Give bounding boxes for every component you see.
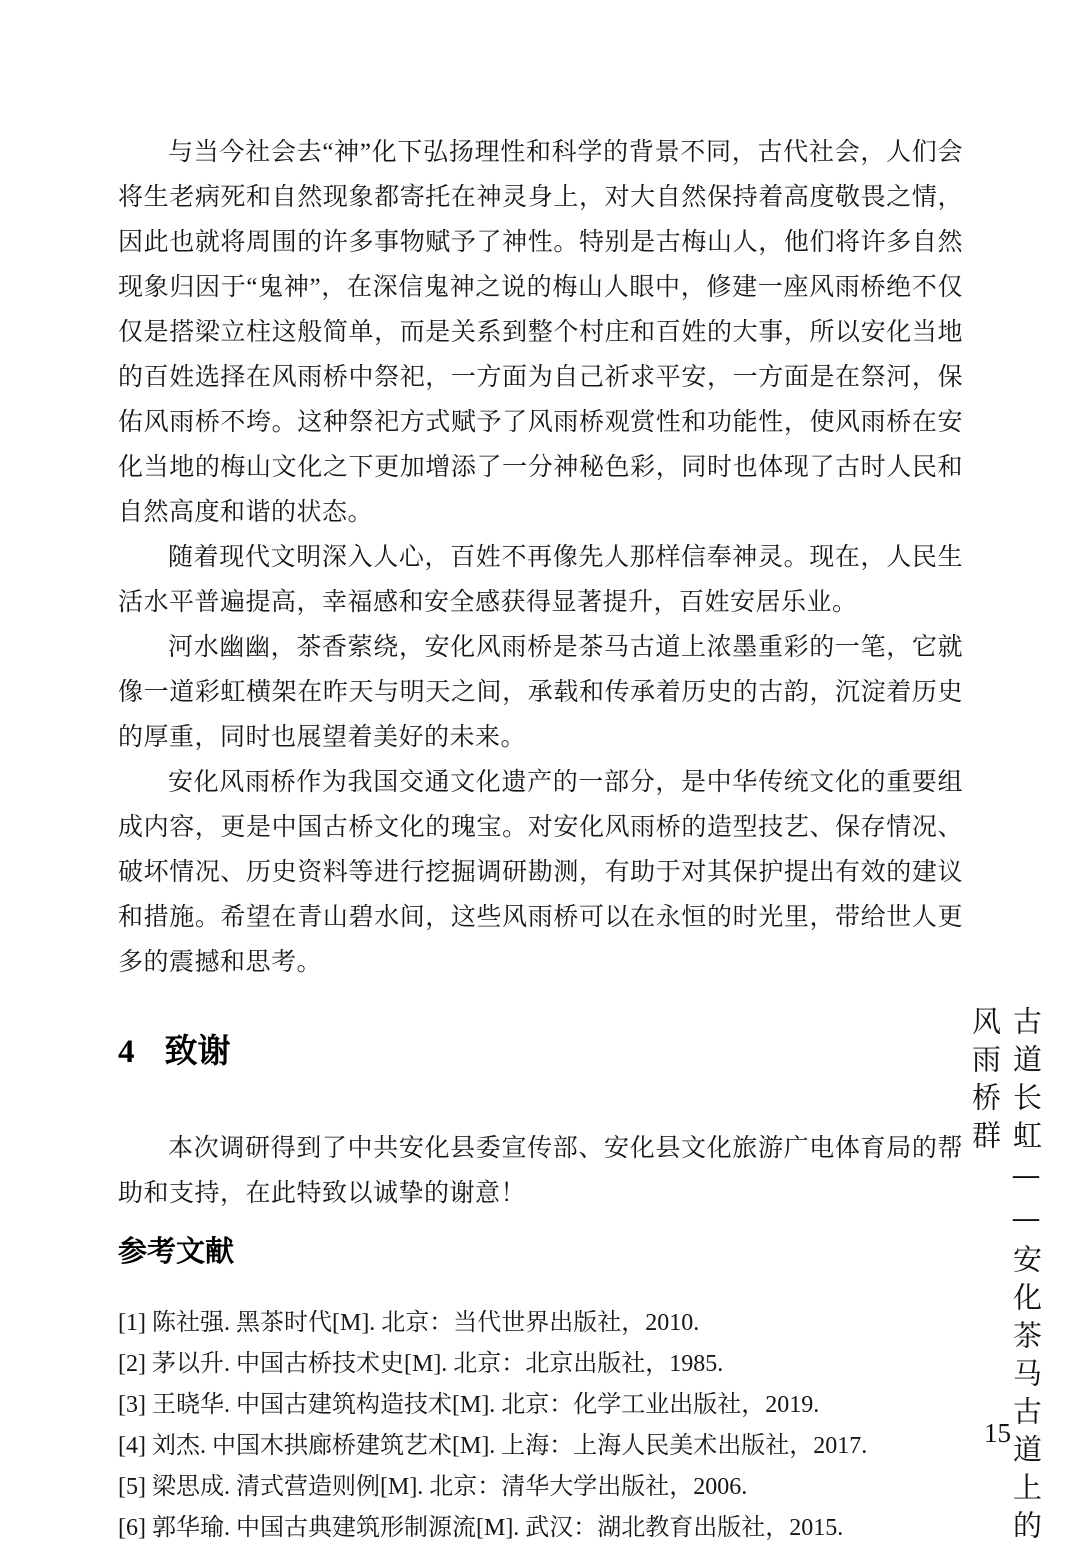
reference-item: [6] 郭华瑜. 中国古典建筑形制源流[M]. 武汉：湖北教育出版社，2015.: [118, 1508, 963, 1549]
body-paragraph: 随着现代文明深入人心，百姓不再像先人那样信奉神灵。现在，人民生活水平普遍提高，幸…: [118, 535, 963, 625]
body-paragraph: 安化风雨桥作为我国交通文化遗产的一部分，是中华传统文化的重要组成内容，更是中国古…: [118, 760, 963, 985]
references-list: [1] 陈社强. 黑茶时代[M]. 北京：当代世界出版社，2010. [2] 茅…: [118, 1303, 963, 1549]
references-heading: 参考文献: [118, 1230, 963, 1274]
section-heading-acknowledgements: 4致谢: [118, 1027, 963, 1076]
reference-item: [1] 陈社强. 黑茶时代[M]. 北京：当代世界出版社，2010.: [118, 1303, 963, 1344]
section-number: 4: [118, 1034, 135, 1070]
reference-item: [2] 茅以升. 中国古桥技术史[M]. 北京：北京出版社，1985.: [118, 1344, 963, 1385]
section-title: 致谢: [165, 1032, 231, 1069]
main-text-column: 与当今社会去“神”化下弘扬理性和科学的背景不同，古代社会，人们会将生老病死和自然…: [118, 130, 963, 1549]
body-paragraph: 与当今社会去“神”化下弘扬理性和科学的背景不同，古代社会，人们会将生老病死和自然…: [118, 130, 963, 535]
reference-item: [3] 王晓华. 中国古建筑构造技术[M]. 北京：化学工业出版社，2019.: [118, 1385, 963, 1426]
document-page: 与当今社会去“神”化下弘扬理性和科学的背景不同，古代社会，人们会将生老病死和自然…: [0, 0, 1080, 1559]
page-number: 15: [984, 1418, 1011, 1449]
acknowledgements-paragraph: 本次调研得到了中共安化县委宣传部、安化县文化旅游广电体育局的帮助和支持，在此特致…: [118, 1126, 963, 1216]
reference-item: [4] 刘杰. 中国木拱廊桥建筑艺术[M]. 上海：上海人民美术出版社，2017…: [118, 1426, 963, 1467]
sidebar-vertical-book-title: 古道长虹——安化茶马古道上的风雨桥群: [965, 1006, 1047, 1559]
body-paragraph: 河水幽幽，茶香萦绕，安化风雨桥是茶马古道上浓墨重彩的一笔，它就像一道彩虹横架在昨…: [118, 625, 963, 760]
reference-item: [5] 梁思成. 清式营造则例[M]. 北京：清华大学出版社，2006.: [118, 1467, 963, 1508]
